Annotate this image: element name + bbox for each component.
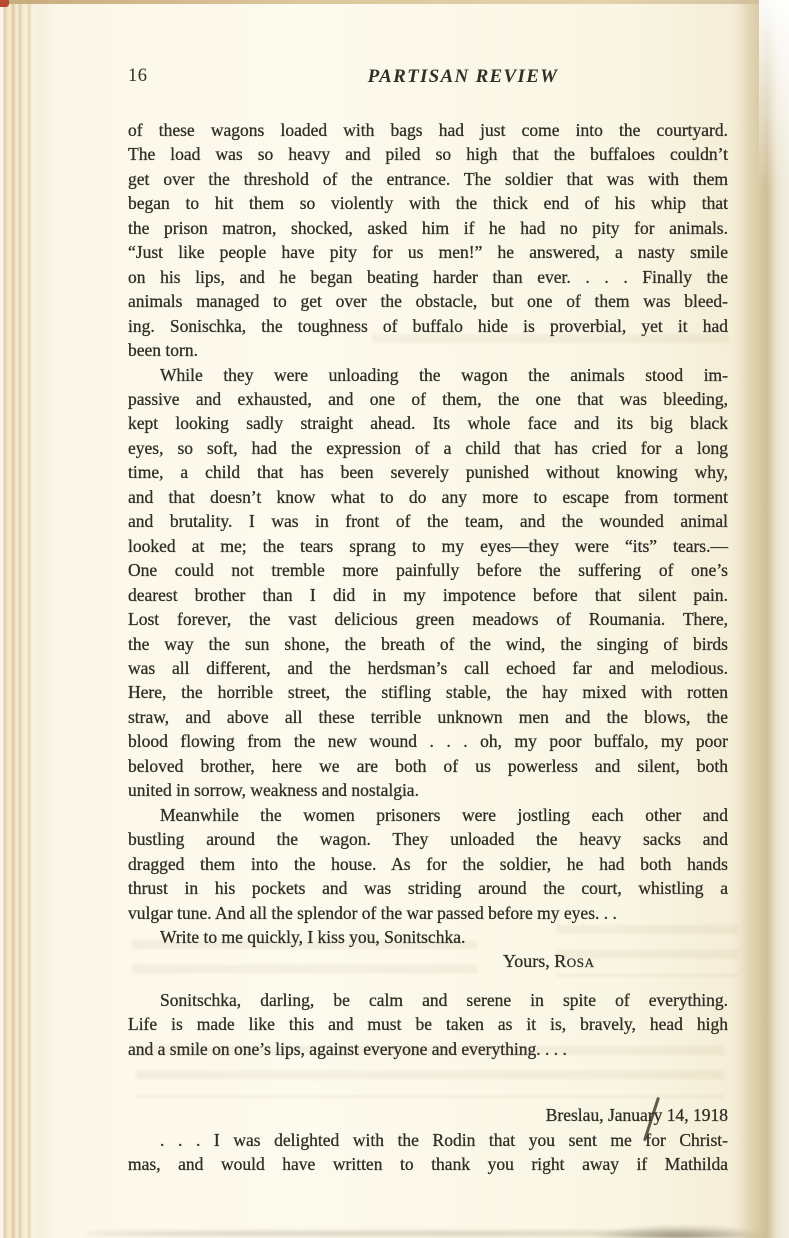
text-line: the way the sun shone, the breath of the… — [128, 632, 728, 656]
text-line: bustling around the wagon. They unloaded… — [128, 827, 728, 851]
text-line: kept looking sadly straight ahead. Its w… — [128, 411, 728, 435]
letter-dateline: Breslau, January 14, 1918 — [128, 1103, 728, 1127]
text-line: One could not tremble more painfully bef… — [128, 558, 728, 582]
text-line: eyes, so soft, had the expression of a c… — [128, 436, 728, 460]
text-line: While they were unloading the wagon the … — [128, 363, 728, 387]
text-line: ing. Sonischka, the toughness of buffalo… — [128, 314, 728, 338]
book-edge-pages — [0, 0, 38, 1238]
text-line: The load was so heavy and piled so high … — [128, 142, 728, 166]
page-top-edge — [0, 0, 789, 4]
text-line: Meanwhile the women prisoners were jostl… — [128, 803, 728, 827]
letter-signature: Yours, Rosa — [503, 949, 728, 973]
running-header: 16 PARTISAN REVIEW — [128, 66, 728, 90]
text-line: dearest brother than I did in my impoten… — [128, 583, 728, 607]
book-page-scan: 16 PARTISAN REVIEW of these wagons loade… — [0, 0, 789, 1238]
text-line: united in sorrow, weakness and nostalgia… — [128, 778, 728, 802]
text-line: of these wagons loaded with bags had jus… — [128, 118, 728, 142]
text-line: straw, and above all these terrible unkn… — [128, 705, 728, 729]
page-right-highlight — [759, 0, 789, 190]
paragraph: . . . I was delighted with the Rodin tha… — [128, 1128, 728, 1177]
text-line: Sonitschka, darling, be calm and serene … — [128, 988, 728, 1012]
paragraph: While they were unloading the wagon the … — [128, 363, 728, 803]
text-line: dragged them into the house. As for the … — [128, 852, 728, 876]
signature-prefix: Yours, — [503, 951, 554, 971]
text-line: passive and exhausted, and one of them, … — [128, 387, 728, 411]
text-line: vulgar tune. And all the splendor of the… — [128, 901, 728, 925]
text-line: . . . I was delighted with the Rodin tha… — [128, 1128, 728, 1152]
page-curl-shadow — [590, 1224, 770, 1238]
paragraph: Meanwhile the women prisoners were jostl… — [128, 803, 728, 925]
text-line: get over the threshold of the entrance. … — [128, 167, 728, 191]
text-line: and that doesn’t know what to do any mor… — [128, 485, 728, 509]
page-content: 16 PARTISAN REVIEW of these wagons loade… — [128, 66, 728, 1177]
journal-title: PARTISAN REVIEW — [368, 66, 559, 88]
letter-text: of these wagons loaded with bags had jus… — [128, 118, 728, 1177]
red-corner-mark — [0, 0, 9, 7]
text-line: time, a child that has been severely pun… — [128, 460, 728, 484]
text-line: and brutality. I was in front of the tea… — [128, 509, 728, 533]
text-line: Write to me quickly, I kiss you, Sonitsc… — [128, 925, 728, 949]
text-line: was all different, and the herdsman’s ca… — [128, 656, 728, 680]
signature-name: Rosa — [554, 951, 594, 971]
text-line: Here, the horrible street, the stifling … — [128, 680, 728, 704]
text-line: on his lips, and he began beating harder… — [128, 265, 728, 289]
text-line: Lost forever, the vast delicious green m… — [128, 607, 728, 631]
text-line: and a smile on one’s lips, against every… — [128, 1037, 728, 1061]
text-line: mas, and would have written to thank you… — [128, 1152, 728, 1176]
text-line: Life is made like this and must be taken… — [128, 1012, 728, 1036]
paragraph: Sonitschka, darling, be calm and serene … — [128, 988, 728, 1061]
text-line: beloved brother, here we are both of us … — [128, 754, 728, 778]
text-line: thrust in his pockets and was striding a… — [128, 876, 728, 900]
text-line: been torn. — [128, 338, 728, 362]
text-line: began to hit them so violently with the … — [128, 191, 728, 215]
paragraph: of these wagons loaded with bags had jus… — [128, 118, 728, 363]
text-line: the prison matron, shocked, asked him if… — [128, 216, 728, 240]
text-line: “Just like people have pity for us men!”… — [128, 240, 728, 264]
paragraph: Write to me quickly, I kiss you, Sonitsc… — [128, 925, 728, 949]
page-number: 16 — [128, 66, 148, 87]
text-line: looked at me; the tears sprang to my eye… — [128, 534, 728, 558]
text-line: blood flowing from the new wound . . . o… — [128, 729, 728, 753]
text-line: animals managed to get over the obstacle… — [128, 289, 728, 313]
